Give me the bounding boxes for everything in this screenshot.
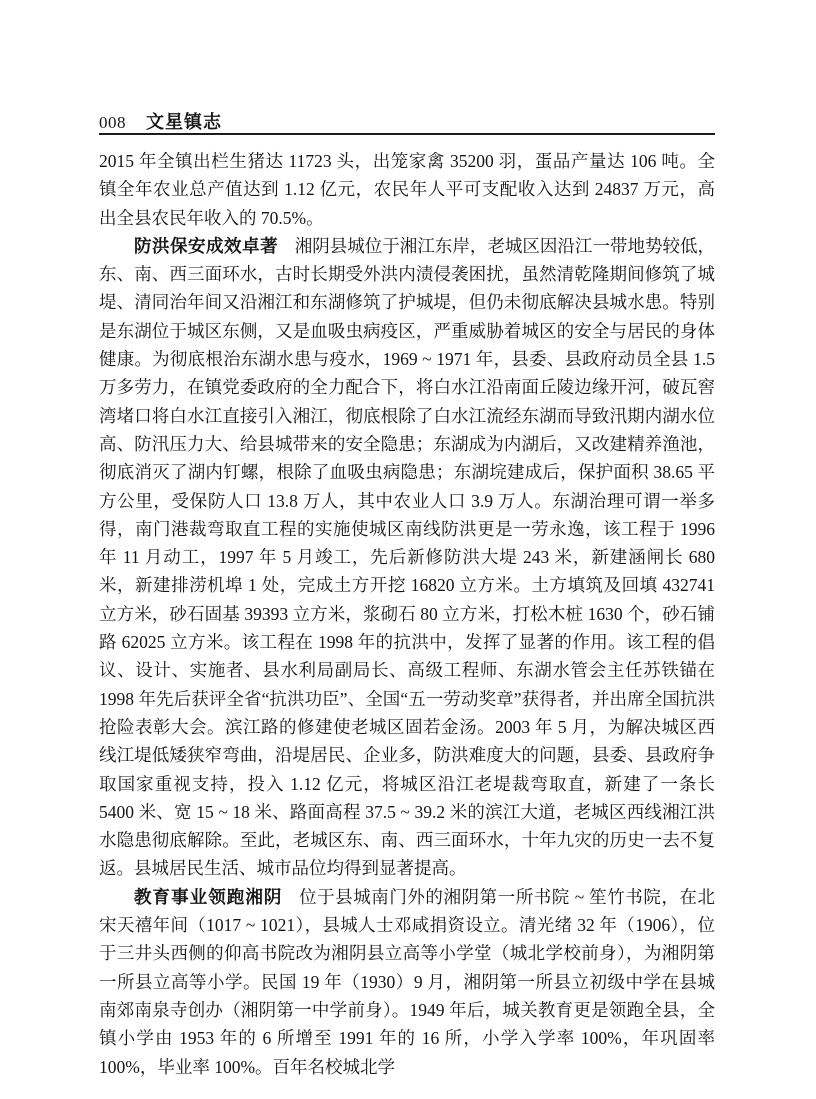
paragraph-text: 位于县城南门外的湘阴第一所书院 ~ 笙竹书院，在北宋天禧年间（1017 ~ 10… (99, 887, 715, 1077)
paragraph-heading: 防洪保安成效卓著 (134, 236, 278, 256)
page-header: 008 文星镇志 (99, 108, 715, 132)
paragraph-flood-control: 防洪保安成效卓著湘阴县城位于湘江东岸，老城区因沿江一带地势较低，东、南、西三面环… (99, 232, 715, 883)
paragraph-education: 教育事业领跑湘阴位于县城南门外的湘阴第一所书院 ~ 笙竹书院，在北宋天禧年间（1… (99, 883, 715, 1081)
paragraph-text: 2015 年全镇出栏生猪达 11723 头，出笼家禽 35200 羽，蛋品产量达… (99, 151, 715, 228)
paragraph-agriculture-summary: 2015 年全镇出栏生猪达 11723 头，出笼家禽 35200 羽，蛋品产量达… (99, 147, 715, 232)
paragraph-heading: 教育事业领跑湘阴 (134, 887, 282, 907)
book-title: 文星镇志 (146, 108, 222, 134)
page-number: 008 (99, 113, 126, 133)
header-rule (99, 133, 715, 135)
page-body: 2015 年全镇出栏生猪达 11723 头，出笼家禽 35200 羽，蛋品产量达… (99, 147, 715, 1081)
document-page: 008 文星镇志 2015 年全镇出栏生猪达 11723 头，出笼家禽 3520… (0, 0, 816, 1099)
paragraph-text: 湘阴县城位于湘江东岸，老城区因沿江一带地势较低，东、南、西三面环水，古时长期受外… (99, 236, 715, 879)
